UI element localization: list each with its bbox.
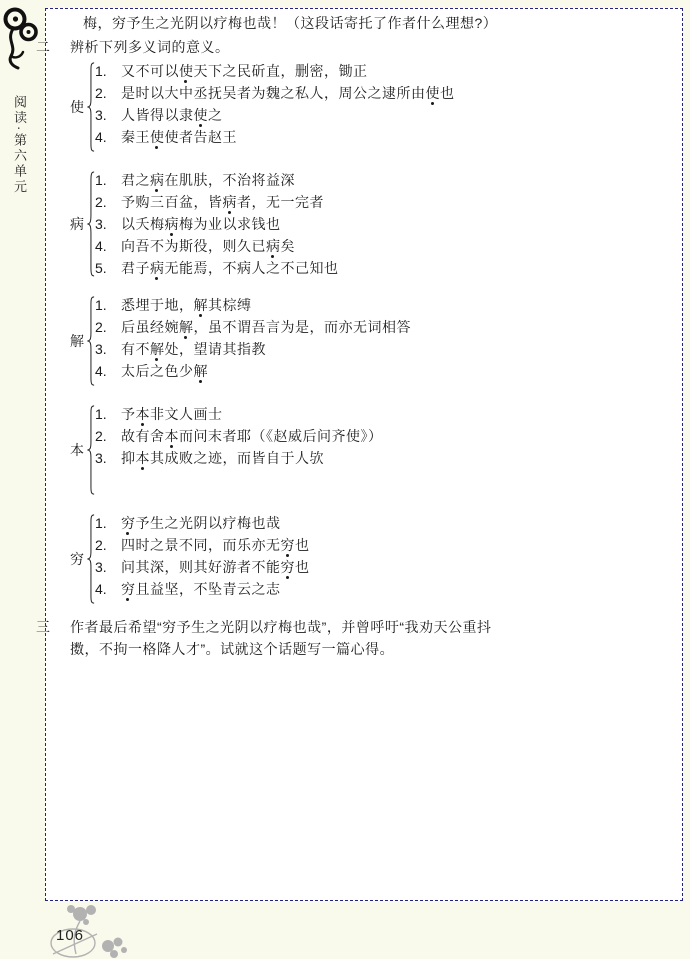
group-items: 1.穷予生之光阴以疗梅也哉 2.四时之景不同，而乐亦无穷也 3.问其深，则其好游… [95, 512, 310, 606]
item-number: 2. [95, 425, 121, 447]
section-two-header: 二 辨析下列多义词的意义。 [45, 36, 683, 58]
item-number: 2. [95, 534, 121, 556]
page-content: 梅，穷予生之光阴以疗梅也哉！（这段话寄托了作者什么理想?） 二 辨析下列多义词的… [45, 8, 683, 660]
item-number: 1. [95, 60, 121, 82]
item-number: 1. [95, 512, 121, 534]
item-number: 4. [95, 578, 121, 600]
item-text: 有不解处，望请其指教 [121, 338, 266, 360]
item-text: 又不可以使天下之民斫直，删密，锄正 [121, 60, 368, 82]
item-text: 秦王使使者告赵王 [121, 126, 237, 148]
polysemy-item: 1.予本非文人画士 [95, 403, 383, 425]
brace-icon [86, 403, 95, 497]
item-text: 问其深，则其好游者不能穷也 [121, 556, 310, 578]
section-marker: 三 [36, 616, 70, 660]
item-text: 君之病在肌肤，不治将益深 [121, 169, 295, 191]
polysemy-item: 3.问其深，则其好游者不能穷也 [95, 556, 310, 578]
word-group-ben: 本 1.予本非文人画士 2.故有舍本而问末者耶（《赵威后问齐使》） 3.抑本其成… [70, 403, 683, 497]
polysemy-item: 4.向吾不为斯役，则久已病矣 [95, 235, 339, 257]
item-text: 后虽经婉解，虽不谓吾言为是，而亦无词相答 [121, 316, 411, 338]
brace-icon [86, 169, 95, 279]
intro-line: 梅，穷予生之光阴以疗梅也哉！（这段话寄托了作者什么理想?） [83, 12, 683, 34]
brace-icon [86, 60, 95, 154]
group-items: 1.悉埋于地，解其棕缚 2.后虽经婉解，虽不谓吾言为是，而亦无词相答 3.有不解… [95, 294, 411, 388]
item-number: 4. [95, 126, 121, 148]
item-number: 5. [95, 257, 121, 279]
section-marker: 二 [36, 36, 70, 58]
polysemy-item: 2.故有舍本而问末者耶（《赵威后问齐使》） [95, 425, 383, 447]
group-word-label: 病 [70, 169, 86, 279]
polysemy-item: 2.予购三百盆，皆病者，无一完者 [95, 191, 339, 213]
section-paragraph: 作者最后希望“穷予生之光阴以疗梅也哉”，并曾呼吁“我劝天公重抖擞，不拘一格降人才… [70, 616, 506, 660]
item-number: 1. [95, 169, 121, 191]
item-number: 4. [95, 235, 121, 257]
polysemy-item: 3.人皆得以隶使之 [95, 104, 455, 126]
section-three: 三 作者最后希望“穷予生之光阴以疗梅也哉”，并曾呼吁“我劝天公重抖擞，不拘一格降… [45, 616, 683, 660]
polysemy-item: 2.后虽经婉解，虽不谓吾言为是，而亦无词相答 [95, 316, 411, 338]
word-group-shi: 使 1.又不可以使天下之民斫直，删密，锄正 2.是时以大中丞抚吴者为魏之私人，周… [70, 60, 683, 154]
word-group-jie: 解 1.悉埋于地，解其棕缚 2.后虽经婉解，虽不谓吾言为是，而亦无词相答 3.有… [70, 294, 683, 388]
item-text: 人皆得以隶使之 [121, 104, 223, 126]
brace-icon [86, 294, 95, 388]
item-number: 3. [95, 447, 121, 469]
polysemy-item: 4.太后之色少解 [95, 360, 411, 382]
polysemy-item: 1.又不可以使天下之民斫直，删密，锄正 [95, 60, 455, 82]
item-text: 予购三百盆，皆病者，无一完者 [121, 191, 324, 213]
textbook-page: 阅读·第六单元 梅，穷予生之光阴以疗梅也哉！（这段话寄托了作者什么理想?） 二 … [0, 0, 690, 959]
brace-icon [86, 512, 95, 606]
item-text: 以夭梅病梅为业以求钱也 [121, 213, 281, 235]
sidebar-unit-label: 阅读·第六单元 [10, 95, 29, 195]
polysemy-item: 3.以夭梅病梅为业以求钱也 [95, 213, 339, 235]
item-text: 是时以大中丞抚吴者为魏之私人，周公之逮所由使也 [121, 82, 455, 104]
page-number: 106 [56, 927, 84, 944]
item-text: 四时之景不同，而乐亦无穷也 [121, 534, 310, 556]
item-text: 向吾不为斯役，则久已病矣 [121, 235, 295, 257]
section-title: 辨析下列多义词的意义。 [70, 36, 230, 58]
group-word-label: 解 [70, 294, 86, 388]
item-number: 1. [95, 403, 121, 425]
polysemy-item: 2.是时以大中丞抚吴者为魏之私人，周公之逮所由使也 [95, 82, 455, 104]
polysemy-item: 1.悉埋于地，解其棕缚 [95, 294, 411, 316]
item-number: 1. [95, 294, 121, 316]
item-number: 3. [95, 338, 121, 360]
group-word-label: 本 [70, 403, 86, 497]
group-items: 1.予本非文人画士 2.故有舍本而问末者耶（《赵威后问齐使》） 3.抑本其成败之… [95, 403, 383, 497]
item-number: 2. [95, 316, 121, 338]
item-text: 悉埋于地，解其棕缚 [121, 294, 252, 316]
polysemy-item: 5.君子病无能焉，不病人之不己知也 [95, 257, 339, 279]
polysemy-item: 2.四时之景不同，而乐亦无穷也 [95, 534, 310, 556]
polysemy-item: 4.穷且益坚，不坠青云之志 [95, 578, 310, 600]
polysemy-item: 1.穷予生之光阴以疗梅也哉 [95, 512, 310, 534]
item-text: 穷予生之光阴以疗梅也哉 [121, 512, 281, 534]
item-text: 故有舍本而问末者耶（《赵威后问齐使》） [121, 425, 383, 447]
floral-swirl-icon [2, 6, 38, 70]
item-number: 2. [95, 82, 121, 104]
gray-flower-icon [35, 902, 135, 958]
item-number: 3. [95, 104, 121, 126]
polysemy-item: 3.有不解处，望请其指教 [95, 338, 411, 360]
polysemy-item: 3.抑本其成败之迹，而皆自于人欤 [95, 447, 383, 469]
item-text: 抑本其成败之迹，而皆自于人欤 [121, 447, 324, 469]
item-number: 2. [95, 191, 121, 213]
group-items: 1.君之病在肌肤，不治将益深 2.予购三百盆，皆病者，无一完者 3.以夭梅病梅为… [95, 169, 339, 279]
item-text: 穷且益坚，不坠青云之志 [121, 578, 281, 600]
word-group-bing: 病 1.君之病在肌肤，不治将益深 2.予购三百盆，皆病者，无一完者 3.以夭梅病… [70, 169, 683, 279]
group-word-label: 使 [70, 60, 86, 154]
item-number: 3. [95, 213, 121, 235]
item-number: 4. [95, 360, 121, 382]
item-text: 太后之色少解 [121, 360, 208, 382]
item-number: 3. [95, 556, 121, 578]
group-items: 1.又不可以使天下之民斫直，删密，锄正 2.是时以大中丞抚吴者为魏之私人，周公之… [95, 60, 455, 154]
group-word-label: 穷 [70, 512, 86, 606]
item-text: 君子病无能焉，不病人之不己知也 [121, 257, 339, 279]
polysemy-item: 4.秦王使使者告赵王 [95, 126, 455, 148]
item-text: 予本非文人画士 [121, 403, 223, 425]
word-group-qiong: 穷 1.穷予生之光阴以疗梅也哉 2.四时之景不同，而乐亦无穷也 3.问其深，则其… [70, 512, 683, 606]
polysemy-item: 1.君之病在肌肤，不治将益深 [95, 169, 339, 191]
